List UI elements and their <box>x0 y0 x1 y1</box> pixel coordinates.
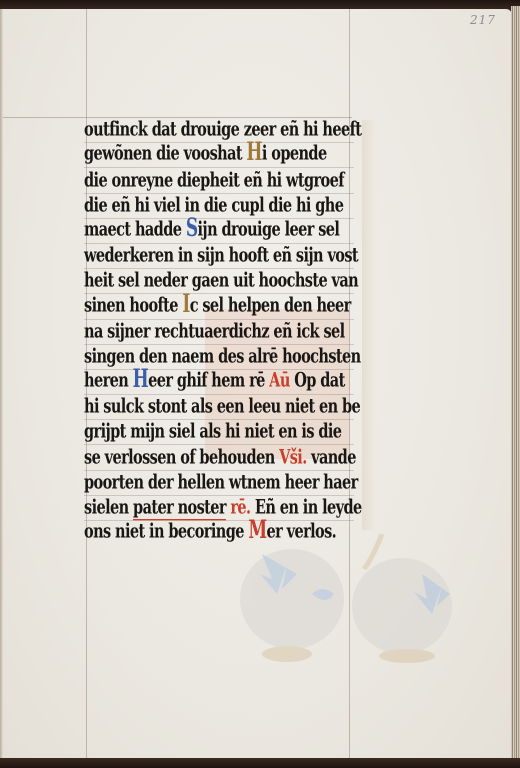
text-line: die onreyne diepheit eñ hi wtgroef <box>84 168 354 193</box>
line-segment: gewõnen die vooshat <box>84 142 246 165</box>
line-text: outfinck dat drouige zeer eñ hi heeft <box>84 118 361 141</box>
text-line: heren Heer ghif hem rē Aū Op dat <box>84 370 354 395</box>
line-text: wederkeren in sijn hooft eñ sijn vost <box>84 244 358 267</box>
line-text: na sijner rechtuaerdichz eñ ick sel <box>84 320 345 343</box>
line-text: sinen hoofte Ic sel helpen den heer <box>84 291 351 318</box>
line-segment: sielen <box>84 496 133 519</box>
text-line: sinen hoofte Ic sel helpen den heer <box>84 294 354 319</box>
text-line: hi sulck stont als een leeu niet en be <box>84 395 354 420</box>
line-segment: ons niet in becoringe <box>84 520 248 543</box>
page-left-edge <box>0 9 3 760</box>
text-line: se verlossen of behouden Vši. vande <box>84 445 354 470</box>
page-stack-edge <box>511 6 520 760</box>
line-text: die onreyne diepheit eñ hi wtgroef <box>84 169 344 192</box>
line-segment: ijn drouige leer sel <box>198 218 340 241</box>
decorated-initial-blue: S <box>186 214 198 244</box>
rubric-text: Vši. <box>279 446 307 469</box>
decorated-initial-gold: I <box>182 289 189 319</box>
line-text: se verlossen of behouden Vši. vande <box>84 446 356 469</box>
text-line: grijpt mijn siel als hi niet en is die <box>84 420 354 445</box>
text-line: gewõnen die vooshat Hi opende <box>84 143 354 168</box>
line-segment: Eñ en in leyde <box>250 496 361 519</box>
text-line: na sijner rechtuaerdichz eñ ick sel <box>84 320 354 345</box>
line-text: heit sel neder gaen uit hoochste van <box>84 269 358 292</box>
line-segment: se verlossen of behouden <box>84 446 279 469</box>
line-segment: i opende <box>262 142 327 165</box>
manuscript-page: 217 outfinck dat drouige zeer eñ hi heef… <box>0 9 512 760</box>
line-segment: c sel helpen den heer <box>190 293 351 316</box>
text-line: wederkeren in sijn hooft eñ sijn vost <box>84 244 354 269</box>
folio-number: 217 <box>470 13 496 27</box>
line-text: maect hadde Sijn drouige leer sel <box>84 215 339 242</box>
line-text: die eñ hi viel in die cupl die hi ghe <box>84 194 343 217</box>
line-text: hi sulck stont als een leeu niet en be <box>84 395 360 418</box>
line-text: grijpt mijn siel als hi niet en is die <box>84 420 341 443</box>
text-line: poorten der hellen wtnem heer haer <box>84 471 354 496</box>
line-segment: eer ghif hem rē <box>148 369 265 392</box>
line-text: heren Heer ghif hem rē Aū Op dat <box>84 366 345 393</box>
text-line: maect hadde Sijn drouige leer sel <box>84 219 354 244</box>
bleed-through-strip <box>362 120 376 530</box>
line-segment: heren <box>84 369 133 392</box>
bleed-through-illustration <box>232 534 462 664</box>
line-segment: Op dat <box>290 369 345 392</box>
line-text: sielen pater noster rē. Eñ en in leyde <box>84 496 362 519</box>
line-text: gewõnen die vooshat Hi opende <box>84 139 327 166</box>
decorated-initial-gold: H <box>246 138 261 168</box>
line-segment: maect hadde <box>84 218 186 241</box>
text-block: outfinck dat drouige zeer eñ hi heeft ge… <box>84 118 354 545</box>
scan-bottom-border <box>0 758 520 768</box>
line-segment: sinen hoofte <box>84 293 182 316</box>
line-text: singen den naem des alrē hoochsten <box>84 345 361 368</box>
line-text: poorten der hellen wtnem heer haer <box>84 471 358 494</box>
rubric-text: rē. <box>226 496 251 519</box>
rubric-text: Aū <box>265 369 290 392</box>
decorated-initial-blue: H <box>133 365 148 395</box>
line-segment: vande <box>307 446 356 469</box>
